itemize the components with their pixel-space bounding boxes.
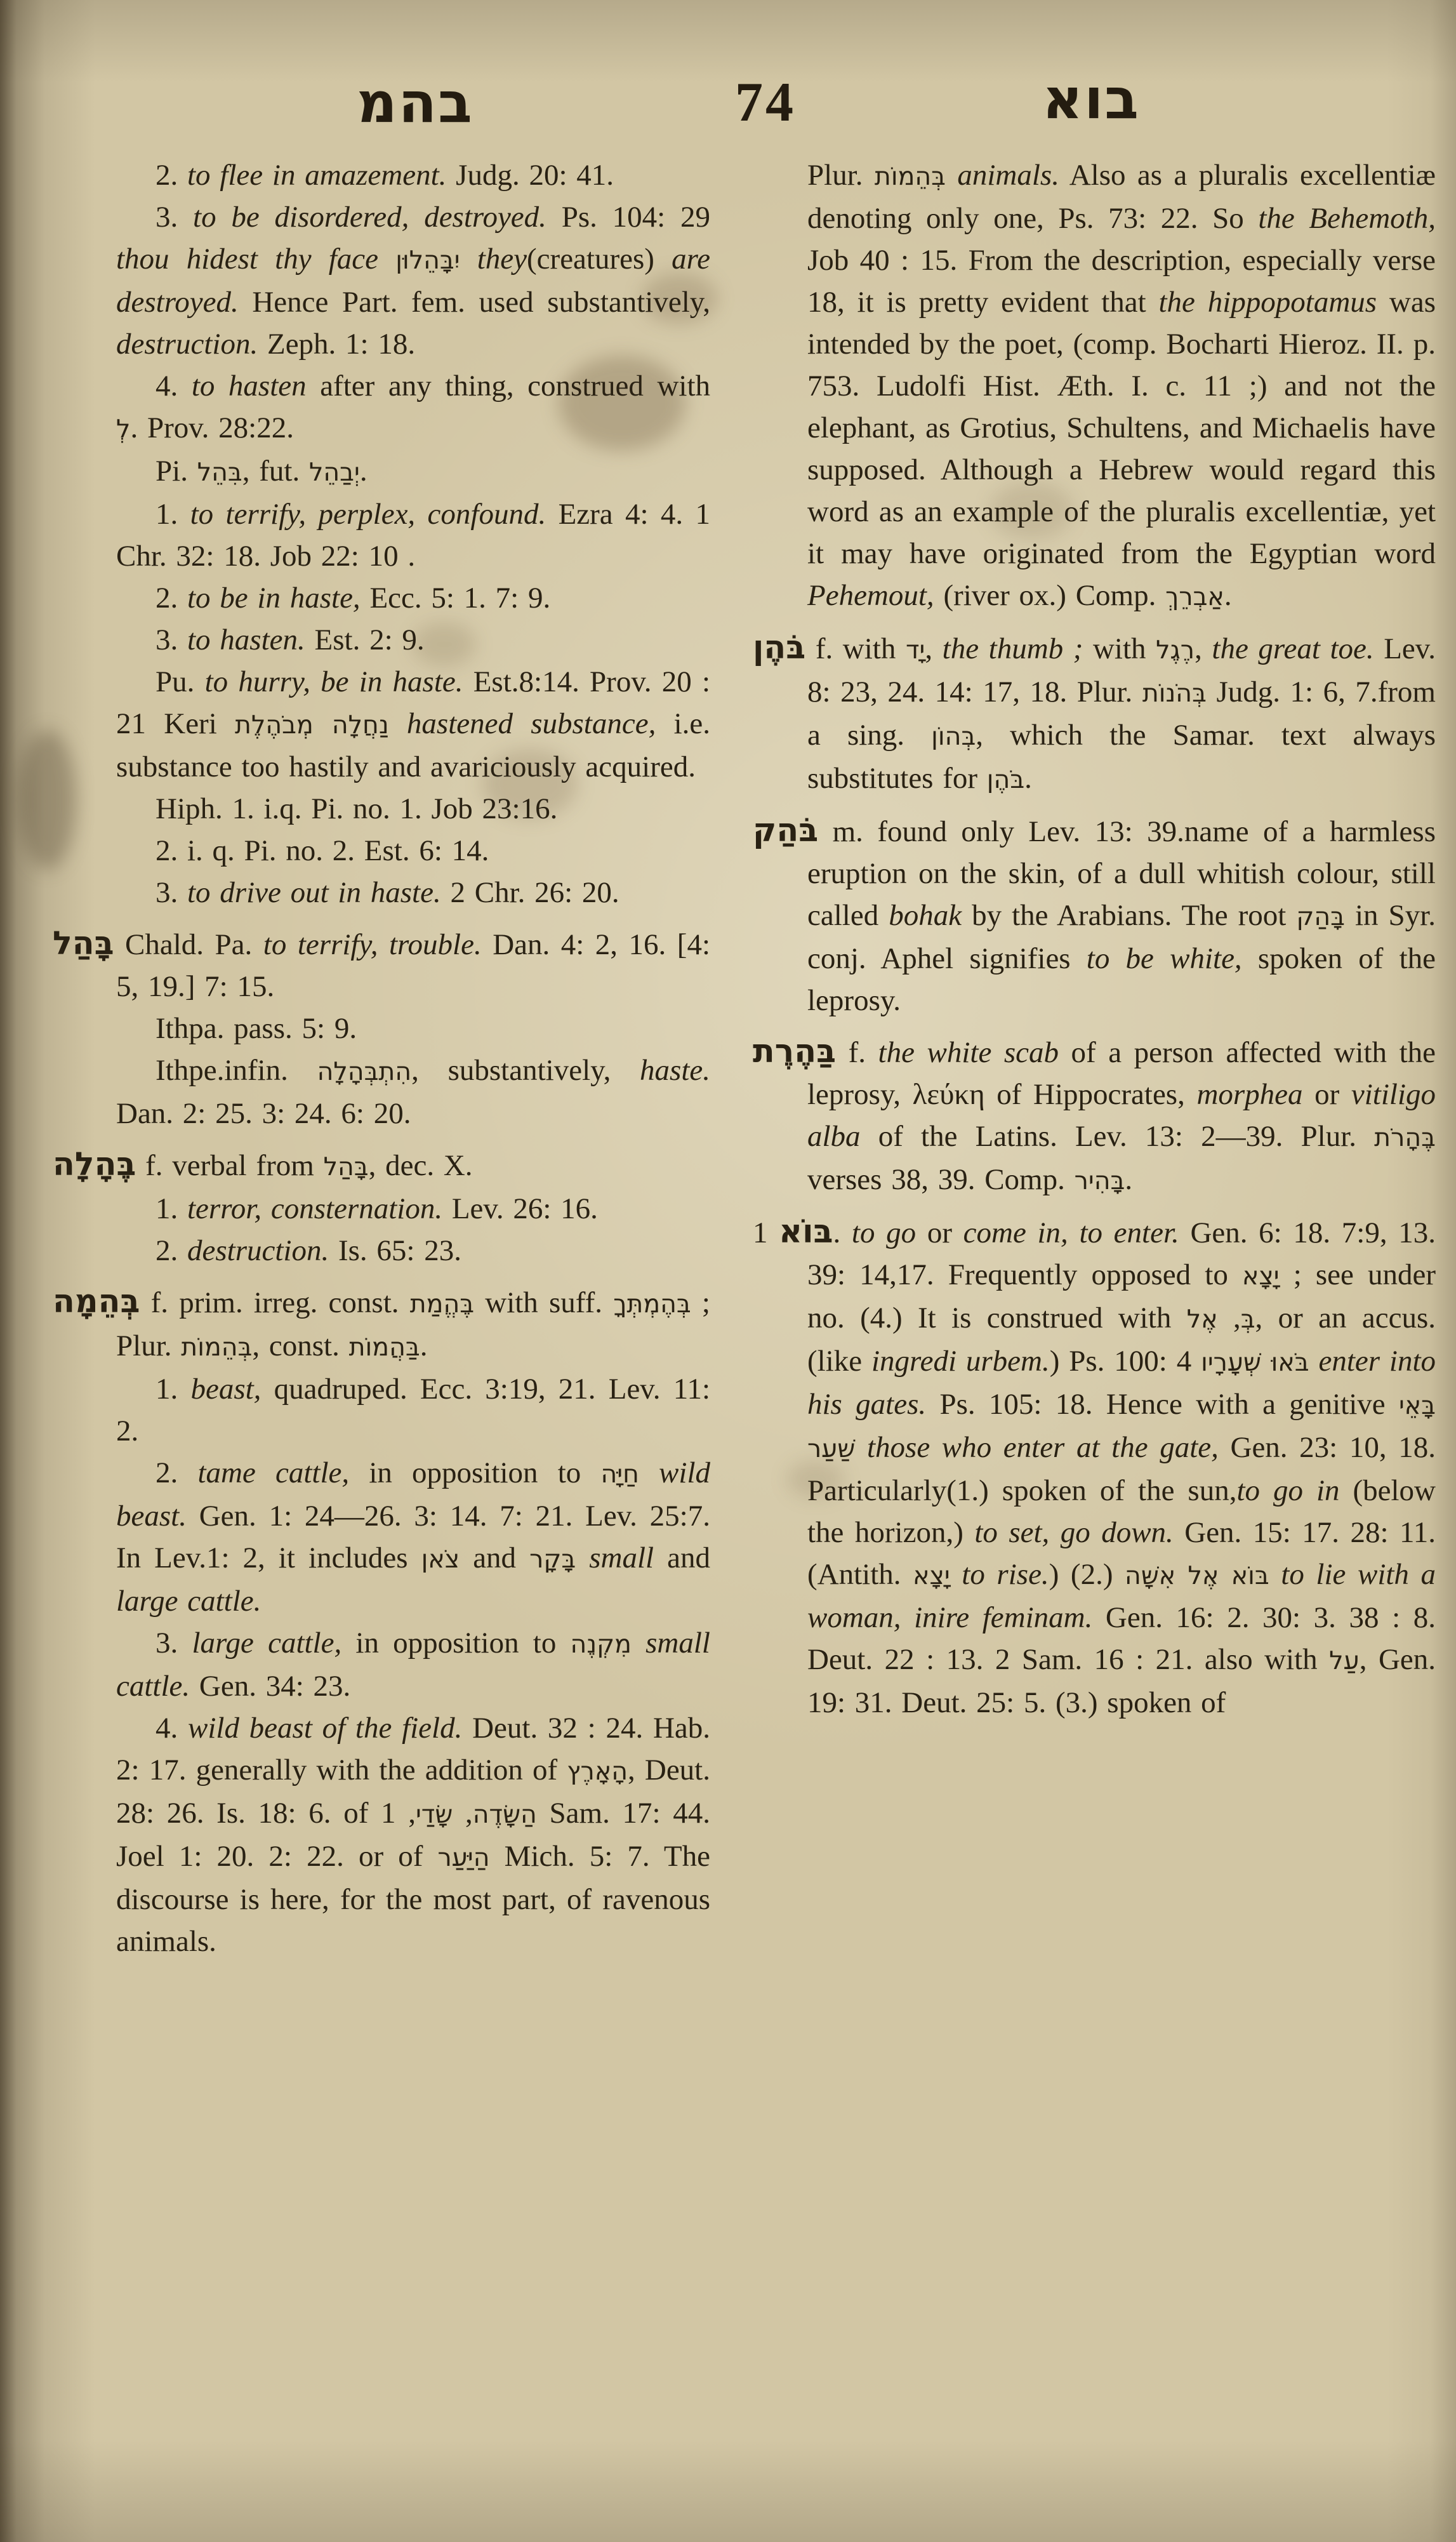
italic-text: animals. [957, 159, 1059, 192]
hebrew-word: יִבָּהֵלוּן [395, 246, 460, 275]
italic-text: vitiligo alba [807, 1078, 1436, 1153]
italic-text: to terrify, trouble. [263, 928, 482, 961]
entry-paragraph: 3. to be disordered, destroyed. Ps. 104:… [116, 196, 710, 365]
right-column: Plur. בְּהֵמוֹת animals. Also as a plura… [807, 154, 1436, 1724]
hebrew-word: בֹּאוּ שְׁעָרָיו [1201, 1348, 1309, 1377]
italic-text: small [589, 1541, 654, 1574]
left-column: 2. to flee in amazement. Judg. 20: 41.3.… [116, 154, 710, 1962]
italic-text: large cattle. [116, 1585, 261, 1618]
entry-paragraph: Pu. to hurry, be in haste. Est.8:14. Pro… [116, 661, 710, 788]
entry-paragraph: 2. to flee in amazement. Judg. 20: 41. [116, 154, 710, 196]
lexicon-scanned-page: בהמ 74 בוא 2. to flee in amazement. Judg… [0, 0, 1456, 2542]
italic-text: to lie with a woman, inire feminam. [807, 1558, 1436, 1634]
hebrew-word: צֹאן [421, 1545, 460, 1574]
entry-paragraph: בֹּהַק m. found only Lev. 13: 39.name of… [807, 809, 1436, 1021]
hebrew-word: עַל [1329, 1646, 1360, 1675]
hebrew-word: לְ [116, 415, 130, 444]
entry-paragraph: בְּהֵמָה f. prim. irreg. const. בֶּהֱמַת… [116, 1281, 710, 1368]
italic-text: the Behemoth, [1258, 202, 1436, 235]
entry-paragraph: Ithpa. pass. 5: 9. [116, 1008, 710, 1049]
entry-paragraph: 1. to terrify, perplex, confound. Ezra 4… [116, 493, 710, 577]
hebrew-word: אֶל [1187, 1305, 1218, 1334]
italic-text: destruction. [116, 328, 258, 361]
hebrew-headword: בָּהַל [53, 924, 114, 962]
entry-paragraph: 2. i. q. Pi. no. 2. Est. 6: 14. [116, 830, 710, 872]
hebrew-word: בֶּהֱמַת [410, 1289, 474, 1319]
entry-paragraph: 3. to hasten. Est. 2: 9. [116, 619, 710, 661]
hebrew-word: מִקְנֶה [571, 1630, 632, 1659]
entry-paragraph: 3. large cattle, in opposition to מִקְנֶ… [116, 1622, 710, 1707]
hebrew-word: נַחֲלָה מְבֹהֶלֶת [235, 710, 389, 740]
hebrew-word: יָצָא [913, 1561, 950, 1590]
italic-text: to hurry, be in haste. [205, 665, 463, 698]
hebrew-word: יָד [906, 635, 925, 665]
italic-text: the great toe. [1212, 632, 1373, 665]
header-catchword-left: בהמ [357, 75, 473, 131]
hebrew-word: חַיָּה [600, 1460, 639, 1489]
hebrew-word: יָצָא [1242, 1261, 1280, 1291]
italic-text: they [477, 243, 527, 276]
italic-text: to terrify, perplex, confound. [190, 498, 546, 531]
entry-paragraph: Plur. בְּהֵמוֹת animals. Also as a plura… [807, 154, 1436, 618]
hebrew-headword: בַּהֶרֶת [753, 1032, 836, 1070]
hebrew-word: בִּהֵל [197, 458, 242, 487]
italic-text: the white scab [878, 1036, 1059, 1069]
italic-text: to hasten [192, 369, 307, 403]
italic-text: those who enter at the gate, [867, 1431, 1219, 1464]
italic-text: tame cattle, [197, 1456, 349, 1489]
italic-text: Pehemout, [807, 579, 934, 612]
italic-text: to drive out in haste. [187, 876, 441, 909]
hebrew-word: הִתְבְּהָלָה [317, 1057, 412, 1086]
italic-text: the hippopotamus [1159, 286, 1377, 319]
entry-paragraph: 1. beast, quadruped. Ecc. 3:19, 21. Lev.… [116, 1368, 710, 1452]
hebrew-word: בֶּהָרֹת [1374, 1123, 1436, 1152]
italic-text: large cattle, [192, 1627, 341, 1660]
hebrew-word: בּוֹא אֶל אִשָּׁה [1125, 1561, 1269, 1590]
hebrew-word: בָּהַק [1296, 902, 1345, 931]
entry-paragraph: Ithpe.infin. הִתְבְּהָלָה, substantively… [116, 1049, 710, 1135]
hebrew-word: שָׂדַי [416, 1800, 453, 1829]
hebrew-word: בַּהֲמוֹת [349, 1333, 420, 1362]
hebrew-headword: בֶּהָלָה [53, 1145, 136, 1183]
italic-text: to rise. [962, 1558, 1049, 1591]
hebrew-headword: בּוֹא [779, 1213, 833, 1250]
italic-text: terror, consternation. [187, 1192, 442, 1225]
entry-paragraph: 4. to hasten after any thing, construed … [116, 365, 710, 450]
hebrew-headword: בְּהֵמָה [53, 1282, 140, 1320]
hebrew-word: בָּקָר [529, 1545, 576, 1574]
entry-paragraph: בָּהַל Chald. Pa. to terrify, trouble. D… [116, 922, 710, 1008]
entry-paragraph: בַּהֶרֶת f. the white scab of a person a… [807, 1030, 1436, 1202]
entry-paragraph: 1. terror, consternation. Lev. 26: 16. [116, 1188, 710, 1230]
entry-paragraph: 2. tame cattle, in opposition to חַיָּה … [116, 1452, 710, 1622]
italic-text: to go in [1236, 1474, 1339, 1507]
hebrew-word: הָאָרֶץ [567, 1757, 628, 1786]
italic-text: the thumb ; [943, 632, 1083, 665]
hebrew-word: רֶגֶל [1156, 635, 1195, 665]
page-number: 74 [735, 75, 796, 131]
italic-text: beast, [190, 1373, 261, 1406]
entry-paragraph: 2. destruction. Is. 65: 23. [116, 1230, 710, 1272]
italic-text: to be white, [1087, 942, 1242, 975]
hebrew-word: בְּהֵמוֹת [181, 1333, 252, 1362]
italic-text: to set, go down. [974, 1516, 1173, 1549]
header-catchword-right: בוא [1042, 71, 1140, 127]
italic-text: to be disordered, destroyed. [193, 201, 546, 234]
hebrew-word: בְּהֶמְתְּךָ [613, 1289, 691, 1319]
entry-paragraph: 2. to be in haste, Ecc. 5: 1. 7: 9. [116, 577, 710, 619]
italic-text: bohak [889, 899, 962, 932]
entry-paragraph: בֹּהֶן f. with יָד, the thumb ; with רֶג… [807, 627, 1436, 801]
hebrew-word: בָּהַל [324, 1152, 369, 1181]
italic-text: to hasten. [187, 623, 305, 656]
entry-paragraph: בֶּהָלָה f. verbal from בָּהַל, dec. X. [116, 1143, 710, 1188]
italic-text: wild beast of the field. [188, 1712, 462, 1745]
hebrew-word: אַבְרֵךְ [1165, 582, 1224, 611]
italic-text: hastened substance, [407, 707, 656, 740]
entry-paragraph: 3. to drive out in haste. 2 Chr. 26: 20. [116, 872, 710, 914]
italic-text: to be in haste, [187, 582, 361, 615]
hebrew-word: בְּהֵמוֹת [875, 162, 946, 191]
italic-text: come in, to enter. [963, 1216, 1179, 1249]
hebrew-word: בְּהוֹן [931, 722, 976, 751]
entry-paragraph: Pi. בִּהֵל, fut. יְבַהֵל. [116, 450, 710, 493]
entry-paragraph: 4. wild beast of the field. Deut. 32 : 2… [116, 1707, 710, 1962]
italic-text: morphea [1196, 1078, 1302, 1111]
italic-text: destruction. [187, 1234, 329, 1267]
entry-paragraph: Hiph. 1. i.q. Pi. no. 1. Job 23:16. [116, 788, 710, 830]
hebrew-word: בֹּהֶן [987, 765, 1024, 794]
paper-stain [19, 730, 76, 870]
hebrew-headword: בֹּהֶן [753, 629, 805, 666]
italic-text: thou hidest thy face [116, 243, 378, 276]
hebrew-word: בָּהִיר [1075, 1166, 1125, 1195]
hebrew-word: יְבַהֵל [309, 458, 360, 487]
italic-text: to flee in amazement. [187, 159, 446, 192]
hebrew-word: בְּהֹנוֹת [1142, 679, 1207, 708]
hebrew-word: הַשָּׂדֶה [473, 1800, 537, 1829]
italic-text: haste. [640, 1054, 710, 1087]
entry-paragraph: בּוֹא 1. to go or come in, to enter. Gen… [807, 1211, 1436, 1724]
italic-text: ingredi urbem. [871, 1345, 1050, 1378]
hebrew-headword: בֹּהַק [753, 811, 818, 849]
hebrew-word: בְּ [1241, 1305, 1255, 1334]
hebrew-word: הַיַּעַר [438, 1843, 490, 1872]
italic-text: to go [852, 1216, 916, 1249]
